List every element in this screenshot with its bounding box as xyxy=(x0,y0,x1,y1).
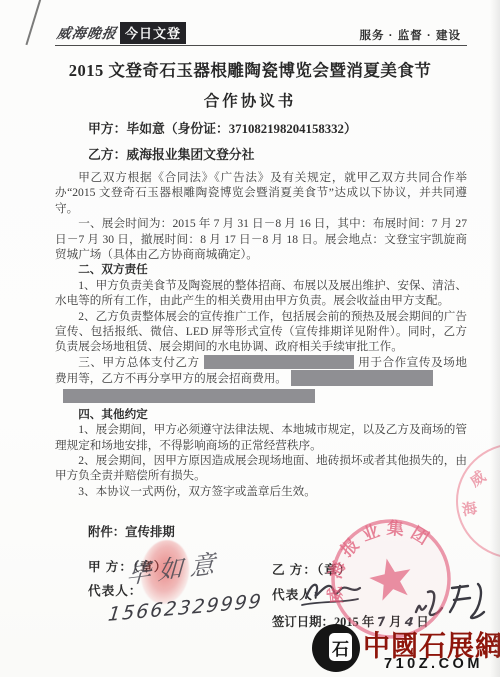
header: 威海晚报 今日文登 服务 · 监督 · 建设 xyxy=(55,22,465,44)
newspaper-logo: 威海晚报 今日文登 xyxy=(57,22,186,44)
document-subtitle: 合作协议书 xyxy=(0,89,500,111)
clause-3: 三、甲方总体支付乙方用于合作宣传及场地费用等，乙方不再分享甲方的展会招商费用。 xyxy=(55,355,467,387)
party-b-line: 乙方：威海报业集团文登分社 xyxy=(88,144,254,163)
stone-glyph: 石 xyxy=(329,633,352,661)
watermark-domain: 710Z.COM xyxy=(384,656,483,672)
scanned-agreement-page: 威海晚报 今日文登 服务 · 监督 · 建设 2015 文登奇石玉器根雕陶瓷博览… xyxy=(0,0,500,677)
party-a-line: 甲方：毕如意（身份证：371082198204158332） xyxy=(88,118,357,137)
attachment-line: 附件：宣传排期 xyxy=(88,522,175,540)
party-a-handwritten-signature: 毕如意 xyxy=(125,540,246,591)
redaction-box-2 xyxy=(291,370,433,386)
header-rule xyxy=(55,45,467,46)
clause-4-heading: 四、其他约定 xyxy=(55,407,467,422)
clause-4-2: 2、展会期间，因甲方原因造成展会现场地面、地砖损坏或者其他损失的，由甲方负全责并… xyxy=(55,453,467,484)
clause-3-pre: 三、甲方总体支付乙方 xyxy=(78,356,199,369)
agreement-body: 甲乙双方根据《合同法》《广告法》及有关规定，就甲乙双方共同合作举办“2015 文… xyxy=(55,170,467,499)
clause-2-2: 2、乙方负责整体展会的宣传推广工作，包括展会前的预热及展会期间的广告宣传、包括报… xyxy=(55,309,467,355)
redaction-box-3 xyxy=(63,389,315,403)
redaction-box-amount xyxy=(204,355,354,369)
clause-3-post: 用于合作宣传 xyxy=(358,356,431,369)
clause-1: 一、展会时间为：2015 年 7 月 31 日－8 月 16 日，其中：布展时间… xyxy=(55,216,467,262)
logo-box-text: 今日文登 xyxy=(120,22,186,44)
document-title: 2015 文登奇石玉器根雕陶瓷博览会暨消夏美食节 xyxy=(0,57,500,81)
stone-site-logo-icon: 石 xyxy=(312,624,360,672)
logo-script-text: 威海晚报 xyxy=(55,23,119,43)
header-tagline: 服务 · 监督 · 建设 xyxy=(360,27,461,43)
site-watermark: 石 中國石展網 710Z.COM xyxy=(308,622,498,677)
intro-paragraph: 甲乙双方根据《合同法》《广告法》及有关规定，就甲乙双方共同合作举办“2015 文… xyxy=(55,170,467,216)
clause-4-1: 1、展会期间，甲方必须遵守法律法规、本地城市规定，以及乙方及商场的管理规定和场地… xyxy=(55,422,467,453)
clause-2-heading: 二、双方责任 xyxy=(55,262,467,277)
clause-2-1: 1、甲方负责美食节及陶瓷展的整体招商、布展以及展出维护、安保、清洁、水电等的所有… xyxy=(55,278,467,309)
scan-artifact-line xyxy=(25,0,42,45)
clause-4-3: 3、本协议一式两份，双方签字或盖章后生效。 xyxy=(55,484,467,499)
